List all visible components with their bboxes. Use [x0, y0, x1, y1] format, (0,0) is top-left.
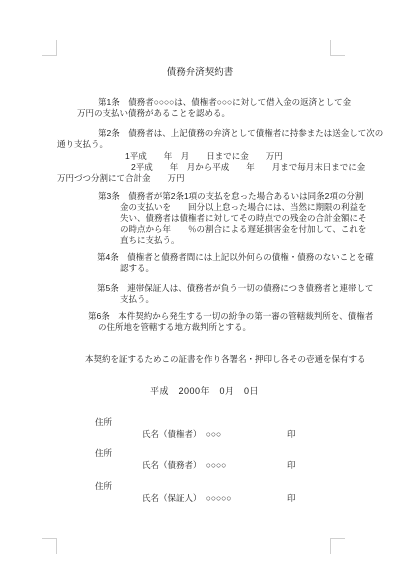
- crop-mark-bottom-left-icon: [42, 538, 57, 554]
- crop-mark-bottom-right-icon: [330, 538, 345, 554]
- clause6-line2: の住所地を管轄する地方裁判所とする。: [98, 322, 251, 332]
- clause2-item2-continuation: 万円づつ分割にて合計金 万円: [57, 173, 185, 183]
- document-title: 債務弁済契約書: [0, 64, 400, 78]
- clause3-line2: 金の支払いを 回分以上怠った場合には、当然に期限の利益を: [120, 202, 367, 212]
- signature-creditor-seal: 印: [287, 429, 296, 439]
- crop-mark-top-left-icon: [42, 40, 57, 56]
- clause3-line3: 失い、債務者は債権者に対してその時点での残金の合計金額にそ: [120, 213, 367, 223]
- clause2-item1: 1平成 年 月 日までに金 万円: [125, 151, 283, 161]
- clause4-line2: 認する。: [120, 263, 154, 273]
- clause5-line2: 支払う。: [120, 294, 154, 304]
- clause1-line1: 第1条 債務者○○○○は、債権者○○○に対して借入金の返済として金: [98, 97, 351, 107]
- clause3-line5: 直ちに支払う。: [120, 235, 180, 245]
- signature-guarantor-address-label: 住所: [95, 481, 112, 491]
- signature-debtor-name: 氏名（債務者） ○○○○: [142, 460, 226, 470]
- signature-guarantor-seal: 印: [287, 493, 296, 503]
- clause3-line1: 第3条 債務者が第2条1項の支払を怠った場合あるいは同条2項の分割: [98, 191, 363, 201]
- contract-document-page: 債務弁済契約書 第1条 債務者○○○○は、債権者○○○に対して借入金の返済として…: [0, 0, 400, 565]
- signature-debtor-seal: 印: [287, 460, 296, 470]
- clause6-line1: 第6条 本件契約から発生する一切の紛争の第一審の管轄裁判所を、債権者: [88, 311, 373, 321]
- clause5-line1: 第5条 連帯保証人は、債務者が負う一切の債務につき債務者と連帯して: [97, 283, 374, 293]
- closing-sentence: 本契約を証するためこの証書を作り各署名・押印し各その壱通を保有する: [85, 354, 366, 364]
- clause4-line1: 第4条 債権者と債務者間には上記以外何らの債権・債務のないことを確: [97, 252, 374, 262]
- clause3-line4: の時点から年 ％の割合による遅延損害金を付加して、これを: [120, 224, 366, 234]
- clause2-line1: 第2条 債務者は、上記債務の弁済として債権者に持参または送金して次の: [98, 128, 383, 138]
- signature-creditor-address-label: 住所: [95, 417, 112, 427]
- signature-debtor-address-label: 住所: [95, 448, 112, 458]
- date-line: 平成 2000年 0月 0日: [150, 386, 259, 396]
- clause2-line2: 通り支払う。: [57, 139, 108, 149]
- clause1-line2: 万円の支払い債務があることを認める。: [77, 108, 230, 118]
- signature-guarantor-name: 氏名（保証人） ○○○○○: [142, 493, 231, 503]
- signature-creditor-name: 氏名（債権者） ○○○: [142, 429, 221, 439]
- clause2-item2: 2平成 年 月から平成 年 月まで毎月末日までに金: [131, 162, 365, 172]
- crop-mark-top-right-icon: [330, 40, 345, 56]
